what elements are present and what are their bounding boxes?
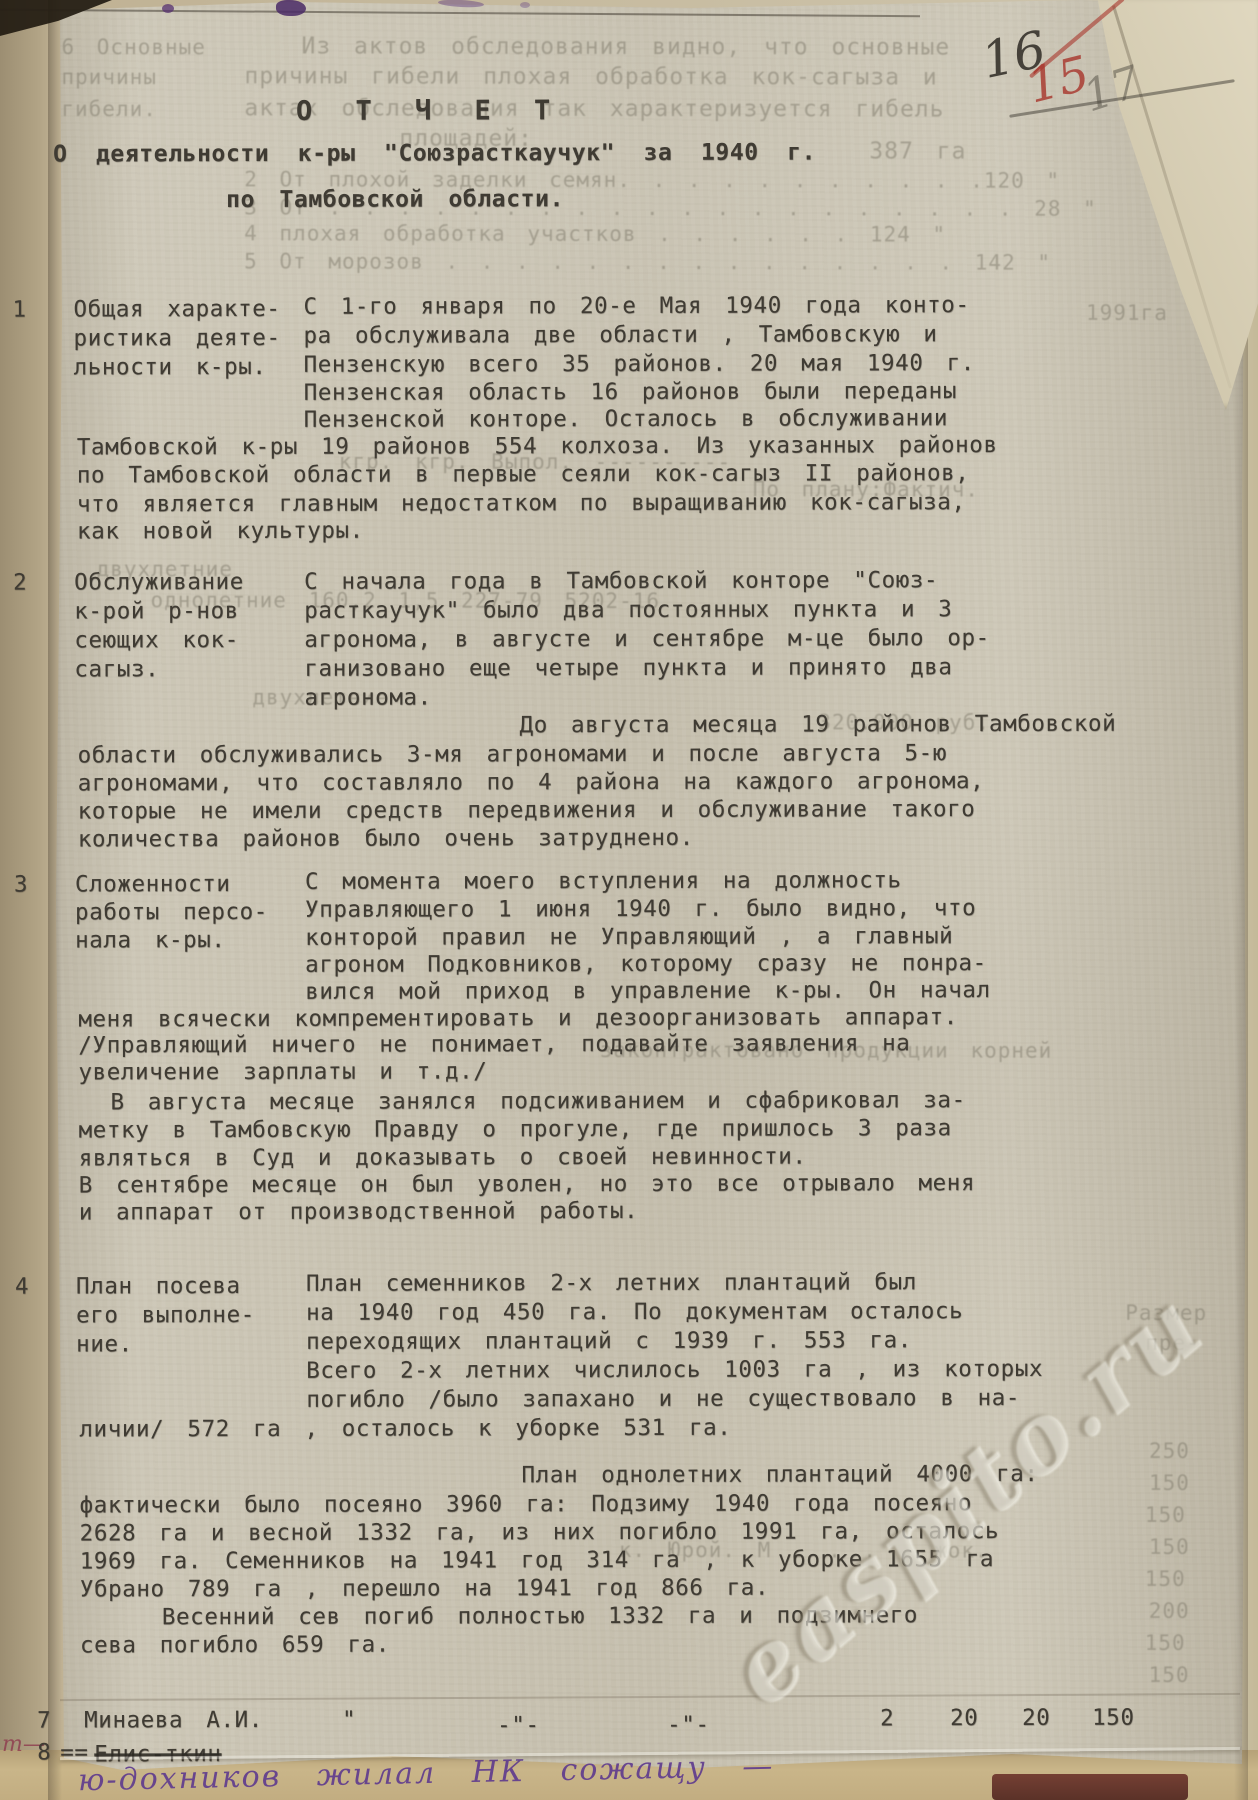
section-3-heading-line: работы персо- [75, 899, 268, 926]
section-1-body-line: что является главным недостатком по выра… [77, 489, 966, 517]
section-3-body-line: являться в Суд и доказывать о своей неви… [79, 1144, 807, 1172]
section-3-body-line: и аппарат от производственной работы. [79, 1198, 638, 1225]
section-2-body-line: области обслуживались 3-мя агрономами и … [78, 740, 947, 768]
footer-item: 7 [37, 1708, 51, 1734]
footer-item: == [60, 1739, 88, 1765]
section-4-body-line: погибло /было запахано и не существовало… [306, 1385, 1020, 1413]
section-1-body-line: ра обслуживала две области , Тамбовскую … [303, 321, 937, 349]
footer-item: Минаева А.И. [84, 1707, 263, 1733]
section-1-body-line: по Тамбовской области в первые сеяли кок… [77, 460, 970, 488]
section-3-body-line: метку в Тамбовскую Правду о прогуле, где… [79, 1115, 952, 1143]
section-3-body-line: В августа месяце занялся подсиживанием и… [110, 1087, 965, 1115]
typed-text-layer: О Т Ч Е Т О деятельности к-ры "Союзрастк… [0, 0, 1258, 1800]
section-3-body-line: вился мой приход в управление к-ры. Он н… [305, 977, 991, 1005]
section-3-body-line: меня всячески компрементировать и дезоор… [78, 1004, 958, 1032]
section-2-heading-line: Обслуживание [74, 569, 244, 595]
section-4-body-line: сева погибло 659 га. [80, 1632, 390, 1659]
section-4-body-line: План семенников 2-х летних плантаций был [306, 1269, 917, 1297]
report-region-line: по Тамбовской области. [226, 186, 564, 213]
section-number-4: 4 [15, 1274, 29, 1300]
footer-item: " [342, 1707, 356, 1733]
section-4-heading-line: ние. [76, 1331, 133, 1357]
section-3-heading-line: Сложенности [75, 871, 231, 897]
section-3-body-line: В сентябре месяце он был уволен, но это … [79, 1170, 975, 1198]
section-2-heading-line: сагыз. [74, 656, 159, 682]
section-1-body-line: Тамбовской к-ры 19 районов 554 колхоза. … [77, 432, 998, 460]
section-3-heading-line: нала к-ры. [75, 927, 226, 953]
section-number-1: 1 [12, 297, 26, 323]
section-3-body-line: С момента моего вступления на должность [305, 867, 902, 895]
section-2-body-line: которые не имели средств передвижения и … [78, 796, 976, 824]
section-1-body-line: как новой культуры. [77, 518, 364, 545]
section-4-body-line: Убрано 789 га , перешло на 1941 год 866 … [80, 1575, 769, 1603]
scanned-report-page: т— ю-дохников жилал НК сожащу — Из актов… [0, 0, 1258, 1800]
section-4-body-line: переходящих плантаций с 1939 г. 553 га. [306, 1327, 912, 1355]
footer-item: Елис-ткин [94, 1741, 221, 1767]
section-3-body-line: увеличение зарплаты и т.д./ [78, 1058, 487, 1085]
section-1-body-line: С 1-го января по 20-е Мая 1940 года конт… [303, 292, 969, 320]
section-1-body-line: Пензенской конторе. Осталось в обслужива… [304, 405, 948, 433]
footer-item: 2 [880, 1705, 894, 1731]
section-2-body-line: агронома, в августе и сентябре м-це было… [304, 625, 990, 653]
section-1-body-line: Пензенскую всего 35 районов. 20 мая 1940… [304, 350, 975, 378]
ink-smudge [276, 0, 306, 16]
report-title: О Т Ч Е Т [296, 95, 559, 127]
footer-item: 20 [1022, 1705, 1050, 1731]
section-1-body-line: Пензенская область 16 районов были перед… [304, 378, 957, 406]
ink-smudge [520, 2, 530, 8]
footer-item: -"- [667, 1712, 710, 1738]
section-3-body-line: /Управляющий ничего не понимает, подавай… [78, 1030, 910, 1058]
footer-item: 150 [1092, 1705, 1135, 1731]
section-2-body-line: ганизовано еще четыре пункта и принято д… [304, 654, 952, 682]
section-4-body-line: фактически было посеяно 3960 га: Подзиму… [80, 1490, 973, 1518]
section-2-body-line: До августа месяца 19 районов Тамбовской [520, 711, 1117, 739]
section-1-heading-line: льности к-ры. [74, 354, 267, 381]
footer-item: -"- [497, 1712, 540, 1738]
section-1-heading-line: Общая характе- [73, 296, 280, 323]
section-2-body-line: расткаучук" было два постоянных пункта и… [304, 596, 952, 624]
section-2-body-line: агронома. [304, 685, 431, 711]
section-number-2: 2 [13, 570, 27, 596]
section-number-3: 3 [14, 872, 28, 898]
ink-smudge [162, 4, 174, 13]
section-2-body-line: С начала года в Тамбовской конторе "Союз… [304, 567, 938, 595]
section-2-heading-line: сеющих кок- [74, 627, 239, 653]
section-3-body-line: Управляющего 1 июня 1940 г. было видно, … [305, 895, 976, 923]
footer-item: 20 [950, 1705, 978, 1731]
section-3-body-line: конторой правил не Управляющий , а главн… [305, 923, 953, 951]
section-1-heading-line: ристика деяте- [73, 325, 280, 352]
section-2-body-line: количества районов было очень затруднено… [78, 825, 694, 853]
section-4-body-line: Всего 2-х летних числилось 1003 га , из … [306, 1356, 1043, 1384]
section-3-body-line: агроном Подковников, которому сразу не п… [305, 950, 987, 978]
report-subtitle: О деятельности к-ры "Союзрасткаучук" за … [53, 140, 816, 168]
section-4-heading-line: его выполне- [76, 1302, 255, 1328]
section-2-body-line: агрономами, что составляло по 4 района н… [78, 768, 985, 796]
section-4-heading-line: План посева [76, 1273, 241, 1299]
section-4-body-line: на 1940 год 450 га. По документам остало… [306, 1298, 963, 1326]
footer-item: 8 [37, 1740, 51, 1766]
section-2-heading-line: к-рой р-нов [74, 598, 239, 624]
section-4-body-line: личии/ 572 га , осталось к уборке 531 га… [79, 1415, 731, 1443]
